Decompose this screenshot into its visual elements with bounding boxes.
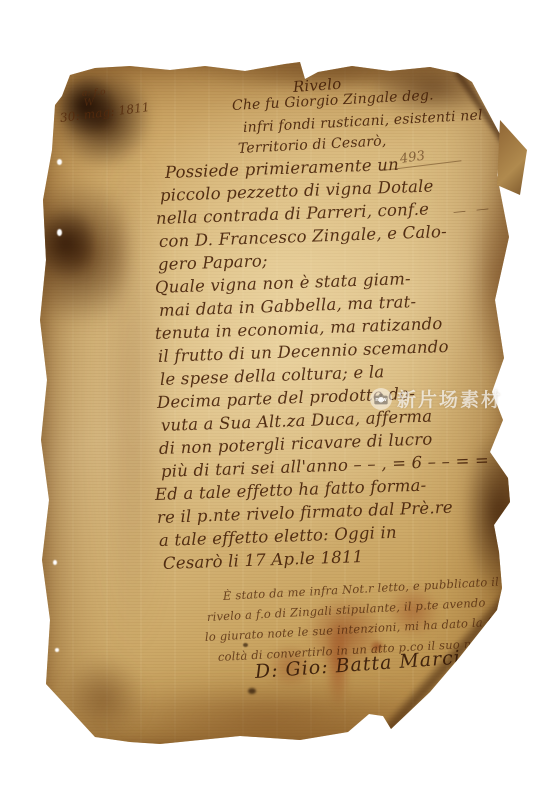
body-line: le spese della coltura; e la	[160, 364, 385, 388]
corner-flap-top-right	[495, 115, 531, 200]
camera-logo-label: new	[375, 397, 387, 403]
stock-watermark: new 新片场素材	[370, 385, 502, 412]
watermark-brand-text: 新片场素材	[397, 385, 502, 412]
fold-shadow-top-right	[453, 68, 509, 144]
pinhole	[53, 560, 57, 565]
body-line: Cesarò li 17 Ap.le 1811	[163, 549, 364, 572]
stain-bottom-band	[98, 678, 438, 758]
page-number: 493	[399, 150, 426, 166]
pinhole	[57, 159, 62, 165]
camera-logo-icon: new	[370, 388, 392, 410]
pinhole	[57, 229, 62, 236]
stain-left-edge-core	[38, 198, 93, 288]
body-line: più di tari sei all'anno – – , = 6 – – =…	[161, 453, 490, 481]
body-line: con D. Francesco Zingale, e Calo-	[159, 224, 447, 251]
certification-line: È stato da me infra Not.r letto, e pubbl…	[223, 575, 533, 603]
ink-speck	[248, 688, 256, 694]
body-line: Possiede primieramente un	[165, 157, 399, 182]
stain-left-edge	[28, 158, 128, 348]
header-line: infri fondi rusticani, esistenti nel	[243, 108, 483, 135]
stain-bottom-left-corner	[58, 658, 148, 738]
body-line: gero Paparo;	[158, 253, 268, 273]
header-line: Che fu Giorgio Zingale deg.	[232, 88, 434, 113]
margin-date: 30: mag: 1811	[59, 101, 150, 124]
body-line: a tale effetto eletto: Oggi in	[159, 525, 397, 550]
body-line: il frutto di un Decennio scemando	[158, 339, 449, 366]
body-line: re il p.nte rivelo firmato dal Prè.re	[157, 500, 453, 527]
ink-speck-2	[243, 643, 248, 647]
pinhole	[55, 648, 59, 652]
header-line: Territorio di Cesarò,	[238, 134, 387, 156]
tally-dash: — —	[452, 202, 492, 219]
photo-background: a: f.o W 30: mag: 1811 Rivelo Che fu Gio…	[0, 0, 533, 800]
